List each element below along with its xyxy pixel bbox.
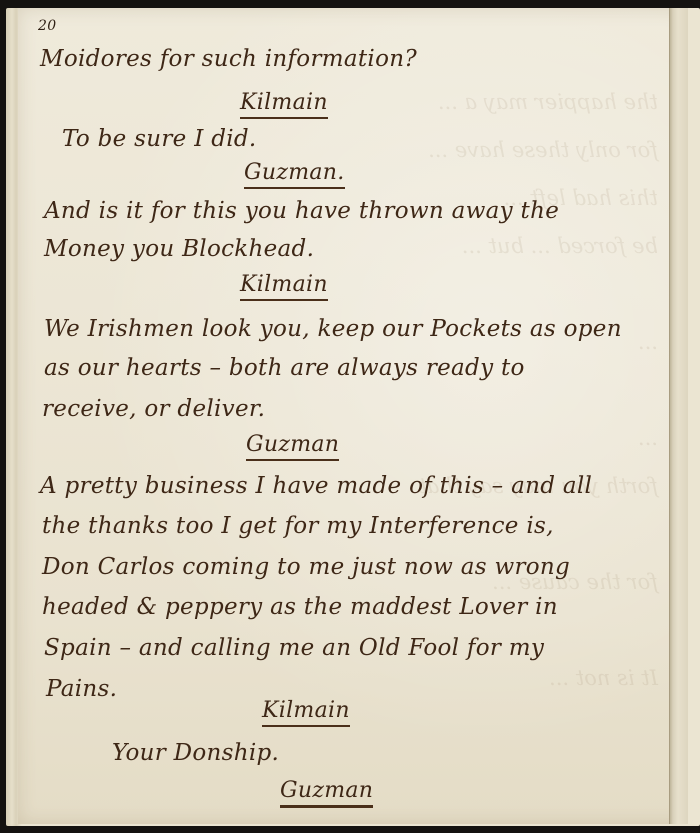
speaker-name: Guzman	[246, 432, 339, 461]
text-line: We Irishmen look you, keep our Pockets a…	[44, 316, 622, 342]
text-line: headed & peppery as the maddest Lover in	[42, 594, 558, 620]
text-line: the thanks too I get for my Interference…	[42, 513, 554, 539]
speaker-name: Kilmain	[240, 272, 328, 301]
text-line: Moidores for such information?	[40, 46, 417, 72]
text-line: A pretty business I have made of this – …	[40, 473, 592, 499]
text-line: Money you Blockhead.	[44, 236, 314, 262]
text-line: To be sure I did.	[62, 126, 257, 152]
speaker-name: Kilmain	[240, 90, 328, 119]
background-frame: the happier may a ... for only these hav…	[0, 0, 700, 833]
speaker-name: Guzman.	[244, 160, 345, 189]
text-line: receive, or deliver.	[42, 396, 265, 422]
text-line: as our hearts – both are always ready to	[44, 355, 525, 381]
text-line: And is it for this you have thrown away …	[44, 198, 559, 224]
binding-gutter	[669, 8, 688, 824]
manuscript-page: the happier may a ... for only these hav…	[18, 8, 688, 824]
speaker-name: Kilmain	[262, 698, 350, 727]
text-line: Pains.	[46, 676, 117, 702]
speaker-name: Guzman	[280, 778, 373, 808]
text-line: Don Carlos coming to me just now as wron…	[42, 554, 570, 580]
text-line: Your Donship.	[112, 740, 279, 766]
text-line: Spain – and calling me an Old Fool for m…	[44, 635, 544, 661]
page-number: 20	[38, 18, 56, 34]
